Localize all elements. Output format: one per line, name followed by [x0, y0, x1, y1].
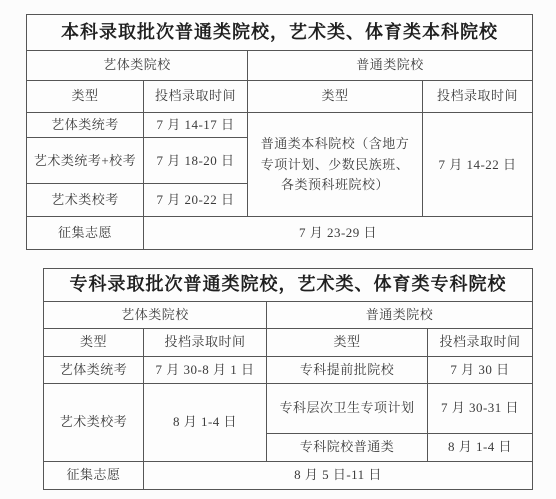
cell-art-type: 艺体类统考: [44, 356, 144, 383]
cell-collect-time: 7 月 23-29 日: [144, 217, 533, 250]
col-header-time: 投档录取时间: [428, 328, 533, 356]
cell-general-type: 专科院校普通类: [267, 433, 428, 461]
cell-art-time-merged: 8 月 1-4 日: [144, 383, 267, 461]
table-row: 艺体类统考 7 月 14-17 日 普通类本科院校（含地方专项计划、少数民族班、…: [27, 113, 533, 138]
cell-collect-label: 征集志愿: [44, 461, 144, 489]
undergraduate-table-title: 本科录取批次普通类院校，艺术类、体育类本科院校: [27, 15, 533, 51]
group-header-general-colleges: 普通类院校: [267, 301, 533, 328]
cell-general-type: 专科提前批院校: [267, 356, 428, 383]
table-row: 艺体类统考 7 月 30-8 月 1 日 专科提前批院校 7 月 30 日: [44, 356, 533, 383]
group-header-art-colleges: 艺体类院校: [44, 301, 267, 328]
cell-general-time: 7 月 30-31 日: [428, 383, 533, 433]
cell-general-time: 8 月 1-4 日: [428, 433, 533, 461]
col-header-type: 类型: [44, 328, 144, 356]
undergraduate-admission-table: 本科录取批次普通类院校，艺术类、体育类本科院校 艺体类院校 普通类院校 类型 投…: [26, 14, 533, 250]
cell-art-type: 艺体类统考: [27, 113, 144, 138]
cell-art-time: 7 月 18-20 日: [144, 138, 248, 184]
col-header-time: 投档录取时间: [423, 81, 533, 113]
table-row: 艺术类校考 8 月 1-4 日 专科层次卫生专项计划 7 月 30-31 日: [44, 383, 533, 433]
cell-art-time: 7 月 20-22 日: [144, 184, 248, 217]
junior-college-admission-table: 专科录取批次普通类院校，艺术类、体育类专科院校 艺体类院校 普通类院校 类型 投…: [43, 268, 533, 490]
col-header-type: 类型: [267, 328, 428, 356]
col-header-time: 投档录取时间: [144, 328, 267, 356]
cell-general-type: 专科层次卫生专项计划: [267, 383, 428, 433]
cell-general-time: 7 月 30 日: [428, 356, 533, 383]
cell-general-time-merged: 7 月 14-22 日: [423, 113, 533, 217]
cell-art-time: 7 月 14-17 日: [144, 113, 248, 138]
table-row: 征集志愿 8 月 5 日-11 日: [44, 461, 533, 489]
cell-art-time: 7 月 30-8 月 1 日: [144, 356, 267, 383]
group-header-general-colleges: 普通类院校: [248, 51, 533, 81]
group-header-art-colleges: 艺体类院校: [27, 51, 248, 81]
col-header-type: 类型: [27, 81, 144, 113]
cell-art-type: 艺术类校考: [27, 184, 144, 217]
col-header-type: 类型: [248, 81, 423, 113]
cell-general-type-merged: 普通类本科院校（含地方专项计划、少数民族班、各类预科班院校）: [248, 113, 423, 217]
cell-art-type-merged: 艺术类校考: [44, 383, 144, 461]
junior-college-table-title: 专科录取批次普通类院校，艺术类、体育类专科院校: [44, 269, 533, 302]
cell-art-type: 艺术类统考+校考: [27, 138, 144, 184]
cell-collect-time: 8 月 5 日-11 日: [144, 461, 533, 489]
article-page: 本科录取批次普通类院校，艺术类、体育类本科院校 艺体类院校 普通类院校 类型 投…: [0, 0, 556, 499]
table-row: 征集志愿 7 月 23-29 日: [27, 217, 533, 250]
col-header-time: 投档录取时间: [144, 81, 248, 113]
cell-collect-label: 征集志愿: [27, 217, 144, 250]
